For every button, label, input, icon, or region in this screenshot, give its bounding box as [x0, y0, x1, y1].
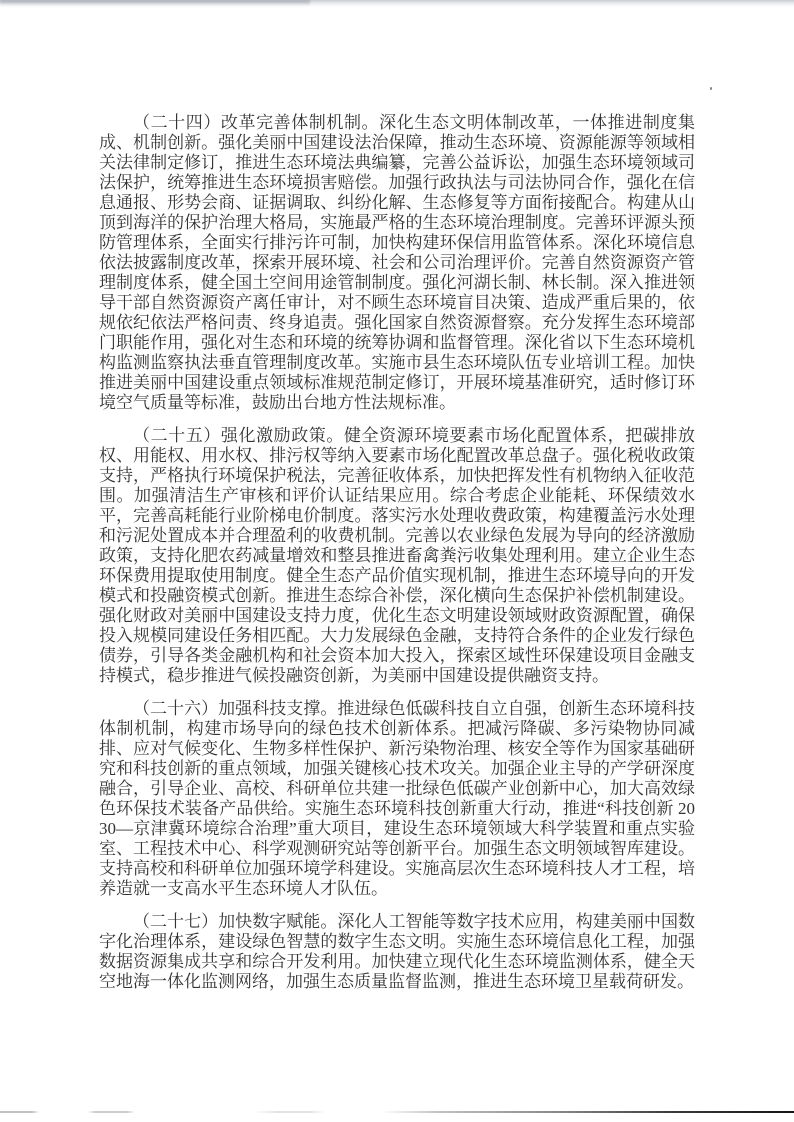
scan-speck: [710, 87, 712, 90]
scan-line-bottom: [0, 1111, 794, 1113]
paragraph-item-25: （二十五）强化激励政策。健全资源环境要素市场化配置体系，把碳排放权、用能权、用水…: [99, 426, 695, 686]
scanned-document-page: （二十四）改革完善体制机制。深化生态文明体制改革，一体推进制度集成、机制创新。强…: [0, 0, 794, 1122]
document-body: （二十四）改革完善体制机制。深化生态文明体制改革，一体推进制度集成、机制创新。强…: [99, 113, 695, 992]
paragraph-item-24: （二十四）改革完善体制机制。深化生态文明体制改革，一体推进制度集成、机制创新。强…: [99, 113, 695, 413]
paragraph-item-27: （二十七）加快数字赋能。深化人工智能等数字技术应用，构建美丽中国数字化治理体系，…: [99, 912, 695, 992]
paragraph-item-26: （二十六）加强科技支撑。推进绿色低碳科技自立自强，创新生态环境科技体制机制，构建…: [99, 699, 695, 899]
scan-edge-top: [0, 0, 794, 9]
scan-edge-top-left-shade: [0, 0, 310, 6]
